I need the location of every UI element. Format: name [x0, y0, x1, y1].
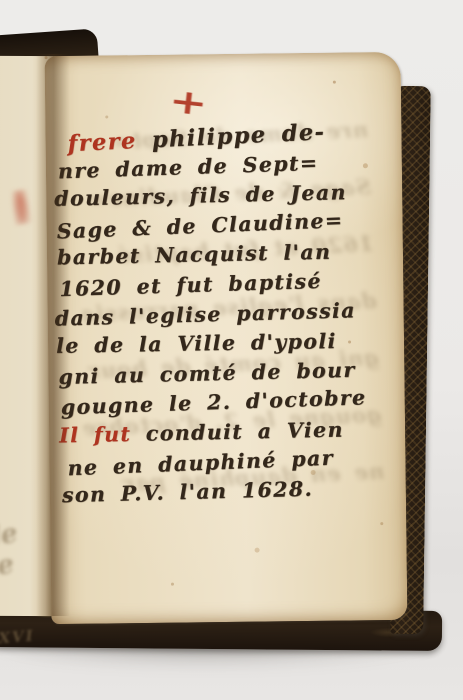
ink-run: barbet Nacquist l'an	[57, 240, 332, 270]
ink-run: son P.V. l'an 1628.	[62, 477, 314, 508]
red-ink-run: frere	[67, 128, 137, 157]
cross-icon: +	[153, 83, 224, 126]
ink-run: le de la Ville d'ypoli	[56, 329, 337, 358]
red-ink-run: Il fut	[59, 422, 132, 448]
left-page-ghost-text: XVI	[0, 627, 35, 648]
right-page: nre dame de Sept= Sage & de Claudine= 16…	[45, 52, 408, 624]
manuscript-text: frere philippe de- nre dame de Sept= dou…	[55, 122, 380, 511]
photo-background: de le XVI nre dame de Sept= Sage & de Cl…	[0, 0, 463, 700]
ink-run: conduit a Vien	[131, 417, 344, 445]
ink-run: douleurs, fils de Jean	[54, 180, 347, 211]
ink-run: philippe de-	[136, 119, 326, 154]
red-ink-bleedthrough-smudge	[10, 189, 33, 226]
